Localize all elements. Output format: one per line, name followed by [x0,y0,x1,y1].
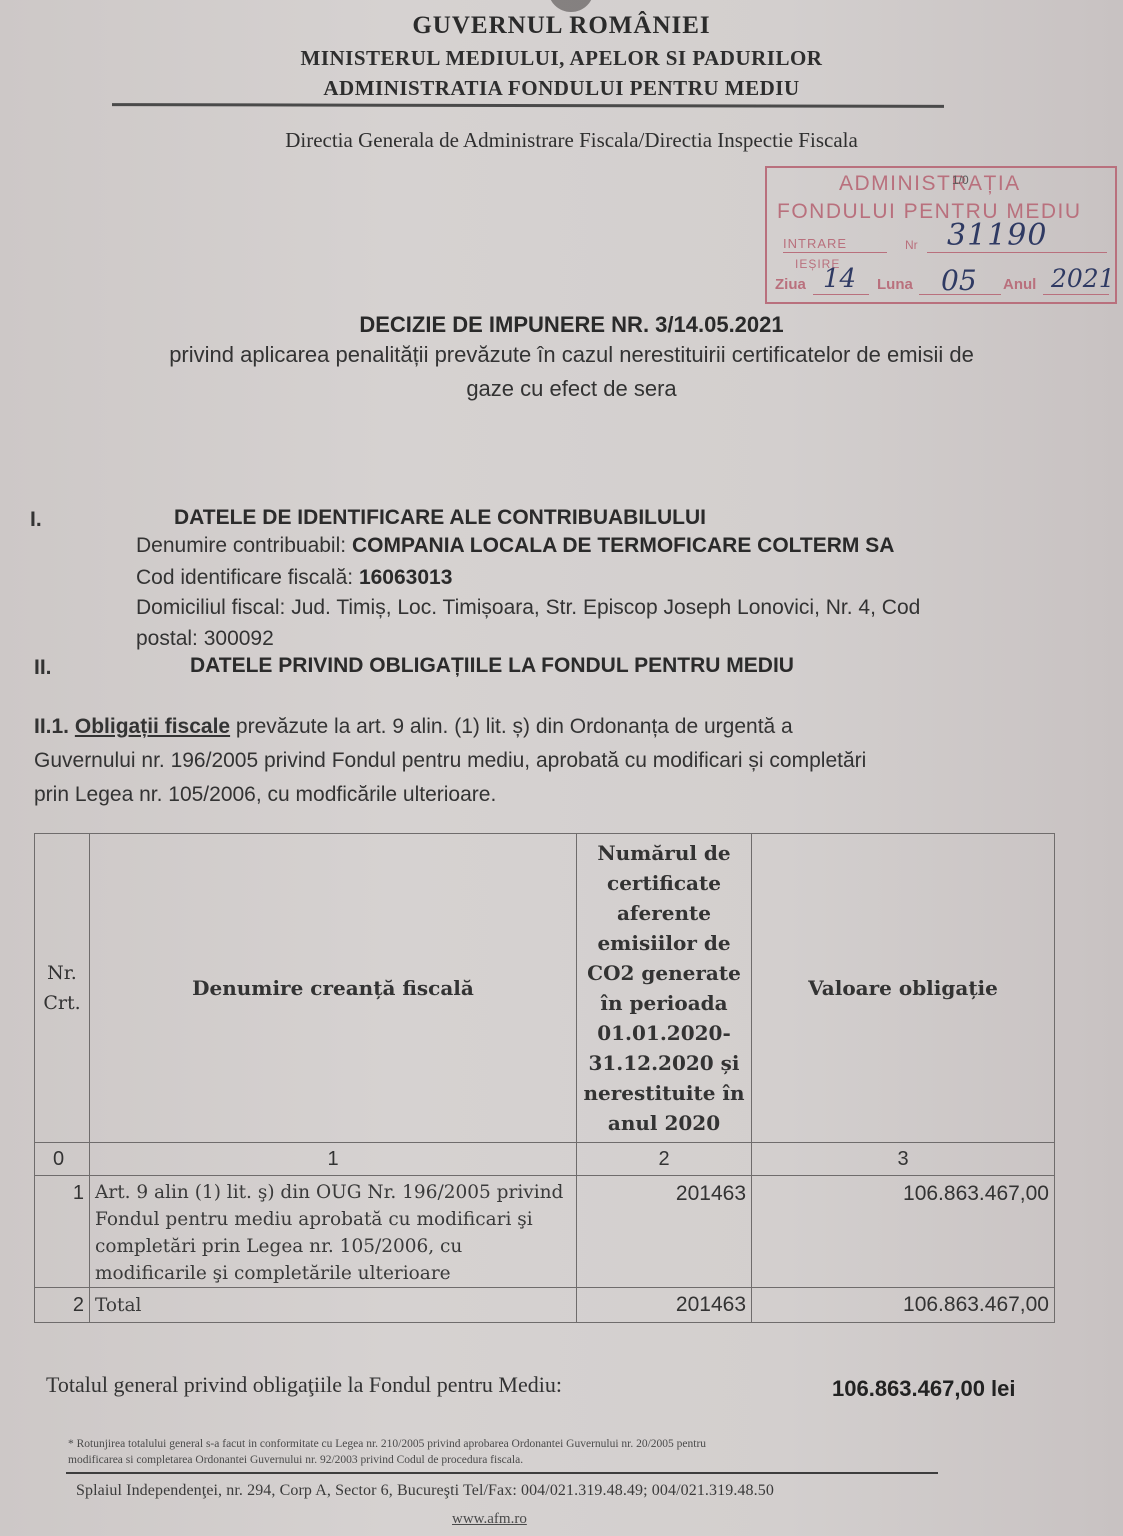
department-line: Directia Generala de Administrare Fiscal… [0,128,1123,153]
decision-subtitle-line2: gaze cu efect de sera [0,376,1123,402]
taxpayer-name-value: COMPANIA LOCALA DE TERMOFICARE COLTERM S… [352,534,894,557]
obligations-paragraph: II.1. Obligații fiscale prevăzute la art… [34,710,1074,812]
subsection-title: Obligații fiscale [75,715,230,738]
letterhead-government: GUVERNUL ROMÂNIEI [0,12,1123,40]
header-cert-line: 01.01.2020- [582,1018,746,1048]
footnote: * Rotunjirea totalului general s-a facut… [68,1436,928,1468]
row-value: 106.863.467,00 [752,1176,1055,1288]
taxpayer-cif-value: 16063013 [359,566,452,589]
table-index-row: 0 1 2 3 [35,1143,1055,1176]
paragraph-line1: prevăzute la art. 9 alin. (1) lit. ș) di… [230,715,793,738]
header-value: Valoare obligație [752,834,1055,1143]
stamp-ziua-label: Ziua [775,276,806,293]
stamp-ziua-handwritten: 14 [823,264,856,294]
obligations-table: Nr. Crt. Denumire creanță fiscală Număru… [34,833,1055,1323]
letterhead-agency: ADMINISTRATIA FONDULUI PENTRU MEDIU [0,76,1123,101]
taxpayer-name: Denumire contribuabil: COMPANIA LOCALA D… [136,534,894,558]
index-cell: 1 [90,1143,577,1176]
decision-title: DECIZIE DE IMPUNERE NR. 3/14.05.2021 [0,312,1123,338]
stamp-luna-label: Luna [877,276,913,293]
header-certificates: Numărul de certificate aferente emisiilo… [577,834,752,1143]
footnote-line1: * Rotunjirea totalului general s-a facut… [68,1436,928,1452]
row-certificates: 201463 [577,1288,752,1323]
header-cert-line: aferente [582,898,746,928]
header-cert-line: certificate [582,868,746,898]
grand-total-label: Totalul general privind obligaţiile la F… [46,1372,562,1398]
header-claim-name: Denumire creanță fiscală [90,834,577,1143]
section1-heading: DATELE DE IDENTIFICARE ALE CONTRIBUABILU… [174,506,706,530]
stamp-luna-handwritten: 05 [941,264,977,297]
header-cert-line: emisiilor de [582,928,746,958]
stamp-anul-label: Anul [1003,276,1036,293]
header-cert-line: 31.12.2020 și [582,1048,746,1078]
table-header-row: Nr. Crt. Denumire creanță fiscală Număru… [35,834,1055,1143]
letterhead-ministry: MINISTERUL MEDIULUI, APELOR SI PADURILOR [0,46,1123,71]
taxpayer-address-line2: postal: 300092 [136,627,274,651]
stamp-anul-handwritten: 2021 [1051,264,1115,293]
stamp-intrare-label: INTRARE [783,236,887,253]
row-value: 106.863.467,00 [752,1288,1055,1323]
subsection-number: II.1. [34,715,69,738]
header-cert-line: Numărul de [582,838,746,868]
section1-numeral: I. [30,508,42,532]
index-cell: 0 [35,1143,90,1176]
header-cert-line: în perioada [582,988,746,1018]
footnote-line2: modificarea si completarea Ordonantei Gu… [68,1452,928,1468]
paragraph-line2: Guvernului nr. 196/2005 privind Fondul p… [34,744,1074,778]
header-nr-line1: Nr. [40,958,84,988]
stamp-anul-line [1043,294,1109,295]
row-certificates: 201463 [577,1176,752,1288]
taxpayer-cif-label: Cod identificare fiscală: [136,566,353,589]
row-description: Total [90,1288,577,1323]
header-nr-crt: Nr. Crt. [35,834,90,1143]
letterhead-divider [112,103,944,108]
row-nr: 2 [35,1288,90,1323]
decision-subtitle-line1: privind aplicarea penalității prevăzute … [0,342,1123,368]
coat-of-arms-icon [548,0,594,12]
paragraph-line3: prin Legea nr. 105/2006, cu modficările … [34,778,1074,812]
index-cell: 3 [752,1143,1055,1176]
header-cert-line: CO2 generate [582,958,746,988]
taxpayer-name-label: Denumire contribuabil: [136,534,346,557]
section2-heading: DATELE PRIVIND OBLIGAȚIILE LA FONDUL PEN… [190,654,794,678]
header-cert-line: anul 2020 [582,1108,746,1138]
row-description: Art. 9 alin (1) lit. ş) din OUG Nr. 196/… [90,1176,577,1288]
grand-total-value: 106.863.467,00 lei [832,1376,1016,1402]
header-nr-line2: Crt. [40,988,84,1018]
footer-divider [66,1472,938,1474]
stamp-io-mark: 1/0 [952,173,969,187]
stamp-ziua-line [813,294,869,295]
index-cell: 2 [577,1143,752,1176]
section2-numeral: II. [34,656,52,680]
stamp-nr-handwritten: 31190 [947,218,1047,253]
table-row-total: 2 Total 201463 106.863.467,00 [35,1288,1055,1323]
stamp-nr-label: Nr [905,238,918,252]
registration-stamp: ADMINISTRAȚIA 1/0 FONDULUI PENTRU MEDIU … [765,166,1117,304]
taxpayer-address-line1: Domiciliul fiscal: Jud. Timiș, Loc. Timi… [136,596,920,620]
header-cert-line: nerestituite în [582,1078,746,1108]
taxpayer-cif: Cod identificare fiscală: 16063013 [136,566,452,590]
stamp-line1: ADMINISTRAȚIA [839,172,1021,196]
footer-address: Splaiul Independenţei, nr. 294, Corp A, … [76,1482,774,1500]
footer-website-link[interactable]: www.afm.ro [452,1511,527,1528]
table-row: 1 Art. 9 alin (1) lit. ş) din OUG Nr. 19… [35,1176,1055,1288]
row-nr: 1 [35,1176,90,1288]
